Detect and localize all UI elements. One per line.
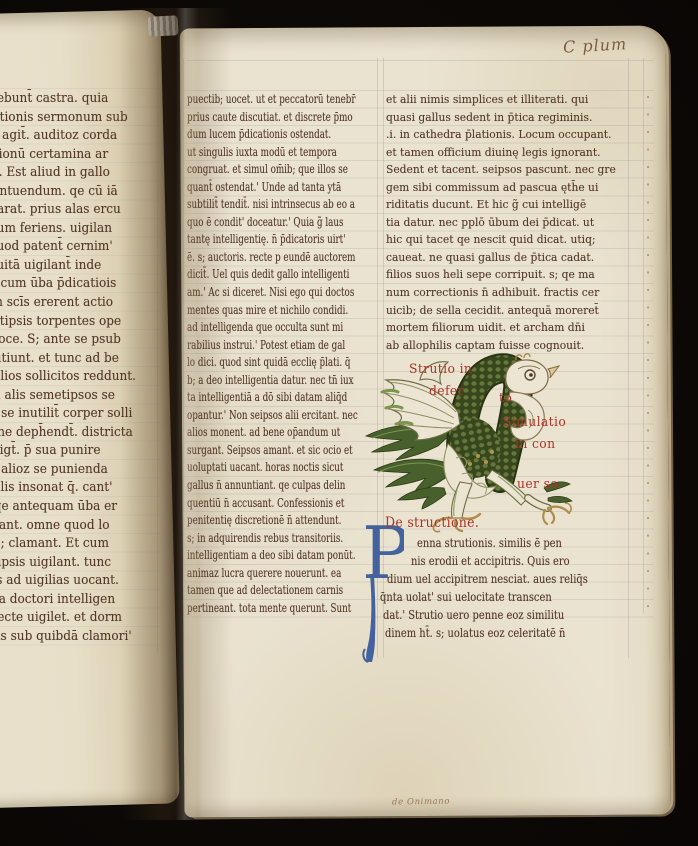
text-line: dium uel accipitrem nesciat. aues reliq̄… bbox=[387, 570, 588, 588]
text-line: mentes quas mire et nichilo condidi. bbox=[187, 302, 379, 320]
text-line: q̄nta uolat' sui uelocitate transcen bbox=[380, 588, 587, 606]
book-headband bbox=[147, 15, 178, 37]
text-line: iū q̄ alioz se punienda bbox=[0, 461, 179, 480]
text-line: m parat. prius alas ercu bbox=[0, 201, 179, 220]
text-line: gem sibi commissum ad pascua ęth̄e ui bbox=[386, 179, 646, 197]
text-line: et alii nimis simplices et illiterati. q… bbox=[386, 91, 646, 109]
text-line: ta intelligentiā a dō sibi datam aliq̄d bbox=[187, 389, 379, 407]
text-line: quo ē condit' doceatur.' Quia g̃ laus bbox=[187, 214, 379, 232]
left-page-text: nouebunt̄ castra. quiadicationis sermonu… bbox=[0, 90, 194, 646]
text-line: dicationis sermonum sub bbox=[0, 109, 179, 128]
ostrich-paragraph: enna strutionis. similis ē pen nis erodi… bbox=[380, 534, 626, 643]
text-line: gilias sub quibdā clamori' bbox=[0, 628, 179, 647]
text-line: tamen que ad delectationem carnis bbox=[187, 582, 379, 600]
text-line: ter intuendum. qe cū iā bbox=[0, 183, 179, 202]
text-line: .i. in cathedra p̄lationis. Locum occupa… bbox=[386, 126, 646, 144]
text-line: opib; clamant. Et cum bbox=[0, 535, 179, 554]
bottom-inscription: de Onimano bbox=[392, 796, 450, 807]
text-line: am.' Ac si diceret. Nisi ego qui doctos bbox=[187, 284, 379, 302]
text-line: tipsum feriens. uigilan bbox=[0, 220, 179, 239]
text-line: nt uoce. S; ante se psub bbox=[0, 331, 179, 350]
text-line: tantę intelligentię. n̄ p̄dicatoris uirt… bbox=[187, 231, 379, 249]
text-line: prius caute discutiat. et discrete p̄mo bbox=[187, 109, 379, 127]
text-line: tant̄. Est aliud in gallo bbox=[0, 164, 179, 183]
text-line: hic qui tacet qe nescit quid dicat. utiq… bbox=[386, 231, 646, 249]
text-line: ercutiunt. et tunc ad be bbox=[0, 350, 179, 369]
text-line: puectib; uocet. ut et peccatorū tenebr̄ bbox=[187, 91, 379, 109]
text-line: riditatis ducunt. Et hic g̃ cui intellig… bbox=[386, 196, 646, 214]
chapter-rubric: De structione. bbox=[385, 515, 479, 531]
text-line: intelligentiam a deo sibi datam ponūt. bbox=[187, 547, 379, 565]
text-line: tanta doctori intelligen bbox=[0, 591, 179, 610]
text-line: emetipsis torpentes ope bbox=[0, 313, 179, 332]
text-line: ad intelligenda que occulta sunt mi bbox=[187, 319, 379, 337]
text-line: pseiant. omne quod lo bbox=[0, 517, 179, 536]
text-line: animaz lucra querere nouerunt. ea bbox=[187, 565, 379, 583]
text-line: penitentię discretionē n̄ attendunt. bbox=[187, 512, 379, 530]
text-line: metipsis uigilant. tunc bbox=[0, 554, 179, 573]
manuscript-photo: C plum nouebunt̄ castra. quiadicationis … bbox=[0, 0, 698, 846]
text-line: oniū alis semetipsos se bbox=[0, 387, 179, 406]
text-line: uicib; de sella cecidit. antequā moreret… bbox=[386, 302, 646, 320]
text-line: toz uitā uigilant̄ inde bbox=[0, 257, 179, 276]
text-line: caueat. ne quasi gallus de p̄tica cadat. bbox=[386, 249, 646, 267]
text-line: dinem ht̄. s; uolatus eoz celeritatē n̄ bbox=[385, 624, 588, 642]
ruling-line bbox=[186, 60, 654, 61]
text-line: rabilius instrui.' Potest etiam de gal bbox=[187, 337, 379, 355]
text-line: ppe cum ūba p̄dicatiois bbox=[0, 275, 179, 294]
rubric-caption: in con bbox=[515, 437, 555, 452]
text-line: ut singulis iuxta modū et tempora bbox=[187, 144, 379, 162]
text-line: dat.' Strutio uero penne eoz similitu bbox=[383, 606, 587, 624]
text-line: dum lucem p̄dicationis ostendat. bbox=[187, 126, 379, 144]
text-line: m. alios sollicitos reddunt. bbox=[0, 368, 179, 387]
text-line: et tamen officium diuinę legis ignorant. bbox=[386, 144, 646, 162]
corner-annotation: C plum bbox=[563, 34, 628, 56]
text-line: tia datur. nec pplō ūbum dei p̄dicat. ut bbox=[386, 214, 646, 232]
text-line: gallus n̄ annuntiant. qe culpas delin bbox=[187, 477, 379, 495]
text-line: ē. s; auctoris. recte p eundē auctorem bbox=[187, 249, 379, 267]
text-line: d in se inutilit̄ corper solli bbox=[0, 405, 179, 424]
text-line: subtilit̄ tendit̄. nisi intrinsecus ab e… bbox=[187, 196, 379, 214]
text-line: nouebunt̄ castra. quia bbox=[0, 90, 179, 109]
text-line: se in scīs ererent actio bbox=[0, 294, 179, 313]
text-line: unti agit̄. auditoz corda bbox=[0, 127, 179, 146]
text-line: alios monent. ad bene op̄andum ut bbox=[187, 424, 379, 442]
text-line: s; in adquirendis rebus transitoriis. bbox=[187, 530, 379, 548]
text-line: ptationū certamina ar bbox=[0, 146, 179, 165]
text-line: lo dici. quod sint quidā ecclię p̄lati. … bbox=[187, 354, 379, 372]
text-line: quentiū n̄ accusant. Confessionis et bbox=[187, 495, 379, 513]
text-line: quant̄ ostendat.' Unde ad tanta ytā bbox=[187, 179, 379, 197]
text-line: num correctionis n̄ adhibuit. fractis ce… bbox=[386, 284, 646, 302]
rubric-caption: to bbox=[499, 391, 512, 406]
text-line: atione deph̄endt̄. districta bbox=[0, 424, 179, 443]
text-line: pertineant. tota mente querunt. Sunt bbox=[187, 600, 379, 618]
text-line: mortem filiorum uidit. et archam dn̄i bbox=[386, 319, 646, 337]
text-line: uoluptati uacant. horas noctis sicut bbox=[187, 459, 379, 477]
text-line: nis erodii et accipitris. Quis ero bbox=[411, 552, 592, 570]
right-page-column-2: et alii nimis simplices et illiterati. q… bbox=[386, 91, 666, 354]
text-line: congruat. et simul om̄ib; que illos se bbox=[187, 161, 379, 179]
text-line: dicit̄. Uel quis dedit gallo intelligent… bbox=[187, 266, 379, 284]
text-line: at. qe antequam ūba er bbox=[0, 498, 179, 517]
text-line: opantur.' Non seipsos alii ercitant. nec bbox=[187, 407, 379, 425]
rubric-caption: Simulatio bbox=[503, 415, 566, 430]
text-line: corrigt̄. p̄ sua punire bbox=[0, 442, 179, 461]
text-line: filios suos heli sepe corripuit. s; qe m… bbox=[386, 266, 646, 284]
text-line: quasi gallus sedent in p̄tica regiminis. bbox=[386, 109, 646, 127]
text-line: enna strutionis. similis ē pen bbox=[417, 534, 593, 552]
text-line: i q̄ alis insonat q̄. cant' bbox=[0, 479, 179, 498]
text-line: t. Quod patent̄ cernim' bbox=[0, 238, 179, 257]
text-line: b; a deo intelligentia datur. nec tn̄ iu… bbox=[187, 372, 379, 390]
text-line: alios ad uigilias uocant. bbox=[0, 572, 179, 591]
rubric-caption: Strutio in bbox=[409, 362, 472, 377]
rubric-caption: uer so. bbox=[517, 477, 562, 492]
text-line: surgant. Seipsos amant. et sic ocio et bbox=[187, 442, 379, 460]
rubric-caption: defer bbox=[429, 384, 464, 399]
text-line: Sedent et tacent. seipsos pascunt. nec g… bbox=[386, 161, 646, 179]
text-line: a pfecte uigilet. et dorm bbox=[0, 609, 179, 628]
